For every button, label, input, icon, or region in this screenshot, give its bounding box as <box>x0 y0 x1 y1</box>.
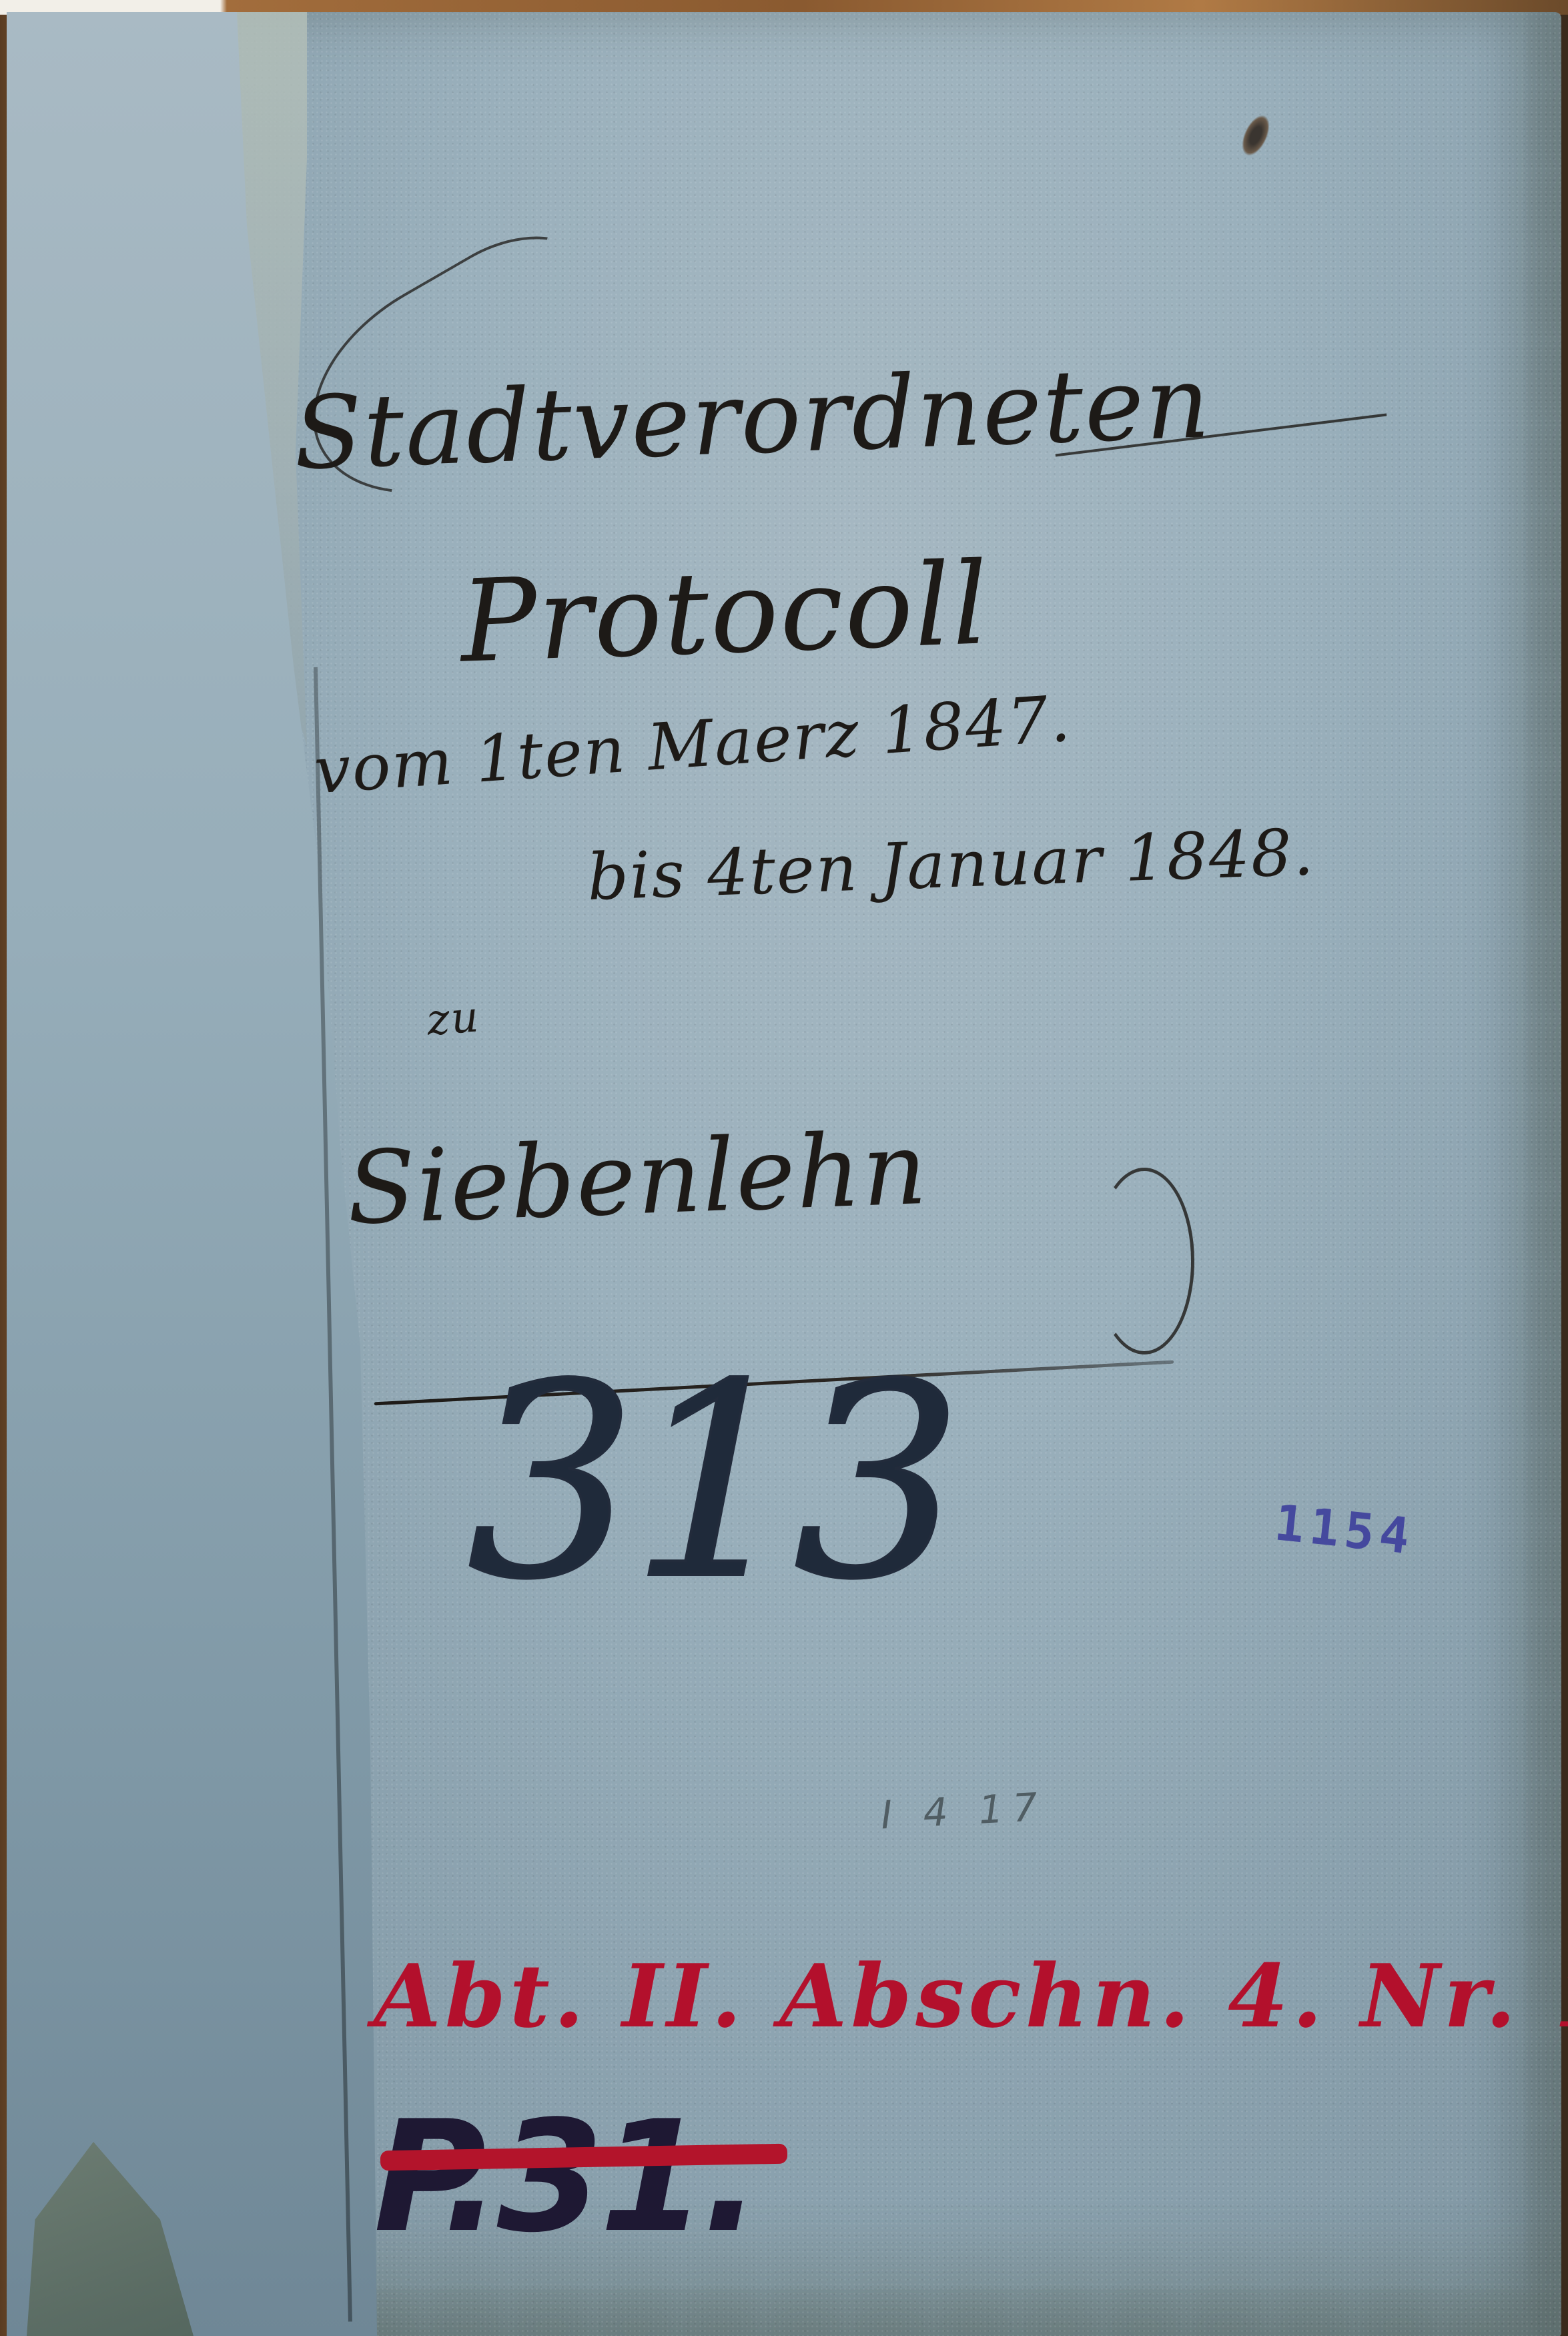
place-flourish <box>1094 1168 1194 1354</box>
pencil-note: I 4 17 <box>879 1784 1048 1838</box>
place-name: Siebenlehn <box>345 1111 929 1247</box>
file-number-text: 313 <box>467 1328 956 1638</box>
file-number: 313 <box>467 1328 956 1638</box>
archive-signature: Abt. II. Abschn. 4. Nr. 17. <box>374 1945 1568 2047</box>
old-signature: P.31. <box>374 2088 757 2267</box>
title-line-2: Protocoll <box>458 538 992 689</box>
preposition: zu <box>426 992 482 1045</box>
